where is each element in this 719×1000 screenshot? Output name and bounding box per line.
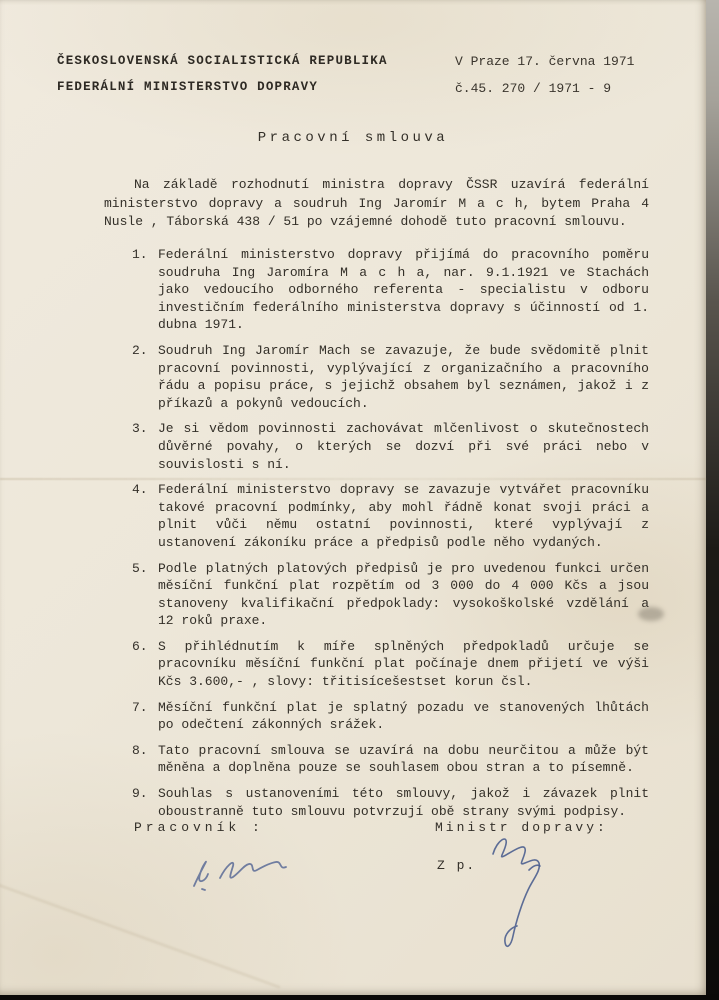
letterhead: ČESKOSLOVENSKÁ SOCIALISTICKÁ REPUBLIKA F… — [0, 48, 706, 102]
signature-section: Pracovník : Ministr dopravy: Z p. — [0, 820, 706, 995]
clause-item-8: 8. Tato pracovní smlouva se uzavírá na d… — [104, 742, 649, 777]
worker-signature-label: Pracovník : — [134, 820, 264, 835]
clause-list: 1. Federální ministerstvo dopravy přijím… — [104, 246, 649, 828]
clause-text: S přihlédnutím k míře splněných předpokl… — [158, 638, 649, 691]
ref-number: č.45. 270 / 1971 - 9 — [455, 75, 634, 102]
org-name-line2: FEDERÁLNÍ MINISTERSTVO DOPRAVY — [57, 74, 417, 100]
clause-number: 3. — [132, 420, 148, 438]
clause-number: 7. — [132, 699, 148, 717]
place-date: V Praze 17. června 1971 — [455, 48, 634, 75]
clause-text: Měsíční funkční plat je splatný pozadu v… — [158, 699, 649, 734]
org-block: ČESKOSLOVENSKÁ SOCIALISTICKÁ REPUBLIKA F… — [57, 48, 417, 102]
clause-item-3: 3. Je si vědom povinnosti zachovávat mlč… — [104, 420, 649, 473]
minister-zp-prefix: Z p. — [437, 858, 476, 873]
minister-handwritten-signature — [483, 830, 558, 965]
clause-text: Podle platných platových předpisů je pro… — [158, 560, 649, 630]
paper-sheet: ČESKOSLOVENSKÁ SOCIALISTICKÁ REPUBLIKA F… — [0, 0, 706, 995]
intro-paragraph: Na základě rozhodnutí ministra dopravy Č… — [104, 176, 649, 232]
clause-item-7: 7. Měsíční funkční plat je splatný pozad… — [104, 699, 649, 734]
clause-item-1: 1. Federální ministerstvo dopravy přijím… — [104, 246, 649, 334]
clause-number: 9. — [132, 785, 148, 803]
scan-edge-right — [706, 0, 719, 1000]
clause-number: 2. — [132, 342, 148, 360]
scanned-document-page: ČESKOSLOVENSKÁ SOCIALISTICKÁ REPUBLIKA F… — [0, 0, 719, 1000]
clause-number: 8. — [132, 742, 148, 760]
clause-number: 5. — [132, 560, 148, 578]
document-title: Pracovní smlouva — [0, 130, 706, 146]
clause-text: Tato pracovní smlouva se uzavírá na dobu… — [158, 742, 649, 777]
ref-block: V Praze 17. června 1971 č.45. 270 / 1971… — [455, 48, 634, 102]
clause-text: Soudruh Ing Jaromír Mach se zavazuje, že… — [158, 342, 649, 412]
clause-item-5: 5. Podle platných platových předpisů je … — [104, 560, 649, 630]
clause-text: Federální ministerstvo dopravy se zavazu… — [158, 481, 649, 551]
clause-text: Federální ministerstvo dopravy přijímá d… — [158, 246, 649, 334]
clause-text: Je si vědom povinnosti zachovávat mlčenl… — [158, 420, 649, 473]
clause-item-9: 9. Souhlas s ustanoveními této smlouvy, … — [104, 785, 649, 820]
clause-item-4: 4. Federální ministerstvo dopravy se zav… — [104, 481, 649, 551]
clause-number: 1. — [132, 246, 148, 264]
clause-item-6: 6. S přihlédnutím k míře splněných předp… — [104, 638, 649, 691]
org-name-line1: ČESKOSLOVENSKÁ SOCIALISTICKÁ REPUBLIKA — [57, 48, 417, 74]
clause-item-2: 2. Soudruh Ing Jaromír Mach se zavazuje,… — [104, 342, 649, 412]
worker-handwritten-signature — [180, 842, 300, 897]
clause-number: 4. — [132, 481, 148, 499]
clause-text: Souhlas s ustanoveními této smlouvy, jak… — [158, 785, 649, 820]
clause-number: 6. — [132, 638, 148, 656]
